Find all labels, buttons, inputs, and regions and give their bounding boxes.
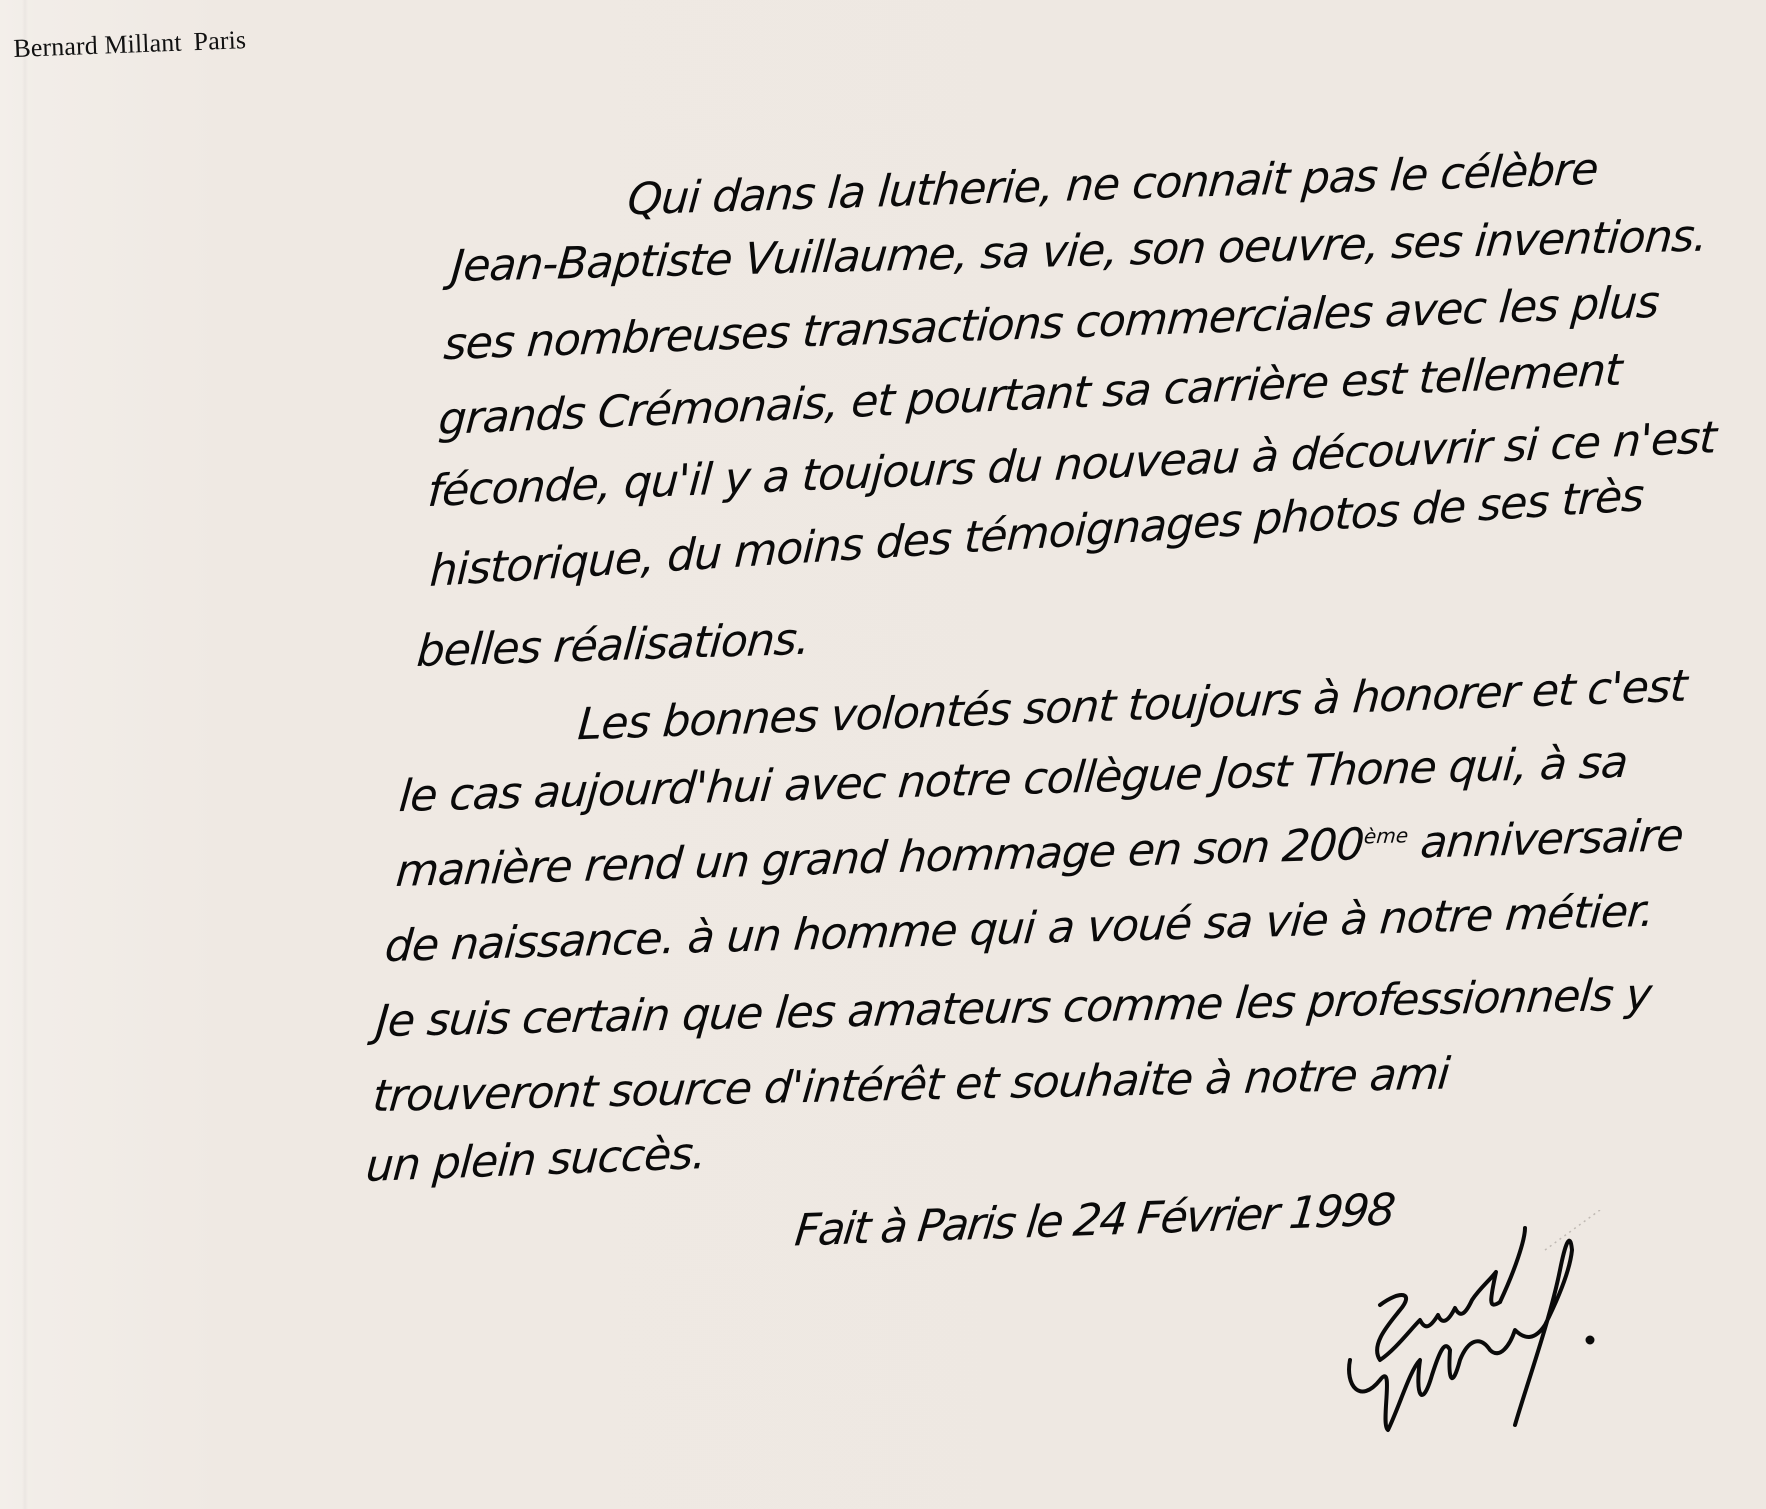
letter-line-10-tail: anniversaire bbox=[1406, 810, 1685, 869]
letterhead-place: Paris bbox=[193, 25, 247, 56]
signature bbox=[1340, 1210, 1660, 1440]
ordinal-superscript: ème bbox=[1363, 823, 1409, 848]
signature-scribble-icon bbox=[1340, 1210, 1660, 1440]
letterhead-name: Bernard Millant bbox=[13, 28, 182, 63]
letter-line-14: un plein succès. bbox=[365, 1132, 707, 1189]
page-edge-shadow bbox=[22, 0, 28, 1509]
letter-line-7: belles réalisations. bbox=[415, 618, 810, 674]
